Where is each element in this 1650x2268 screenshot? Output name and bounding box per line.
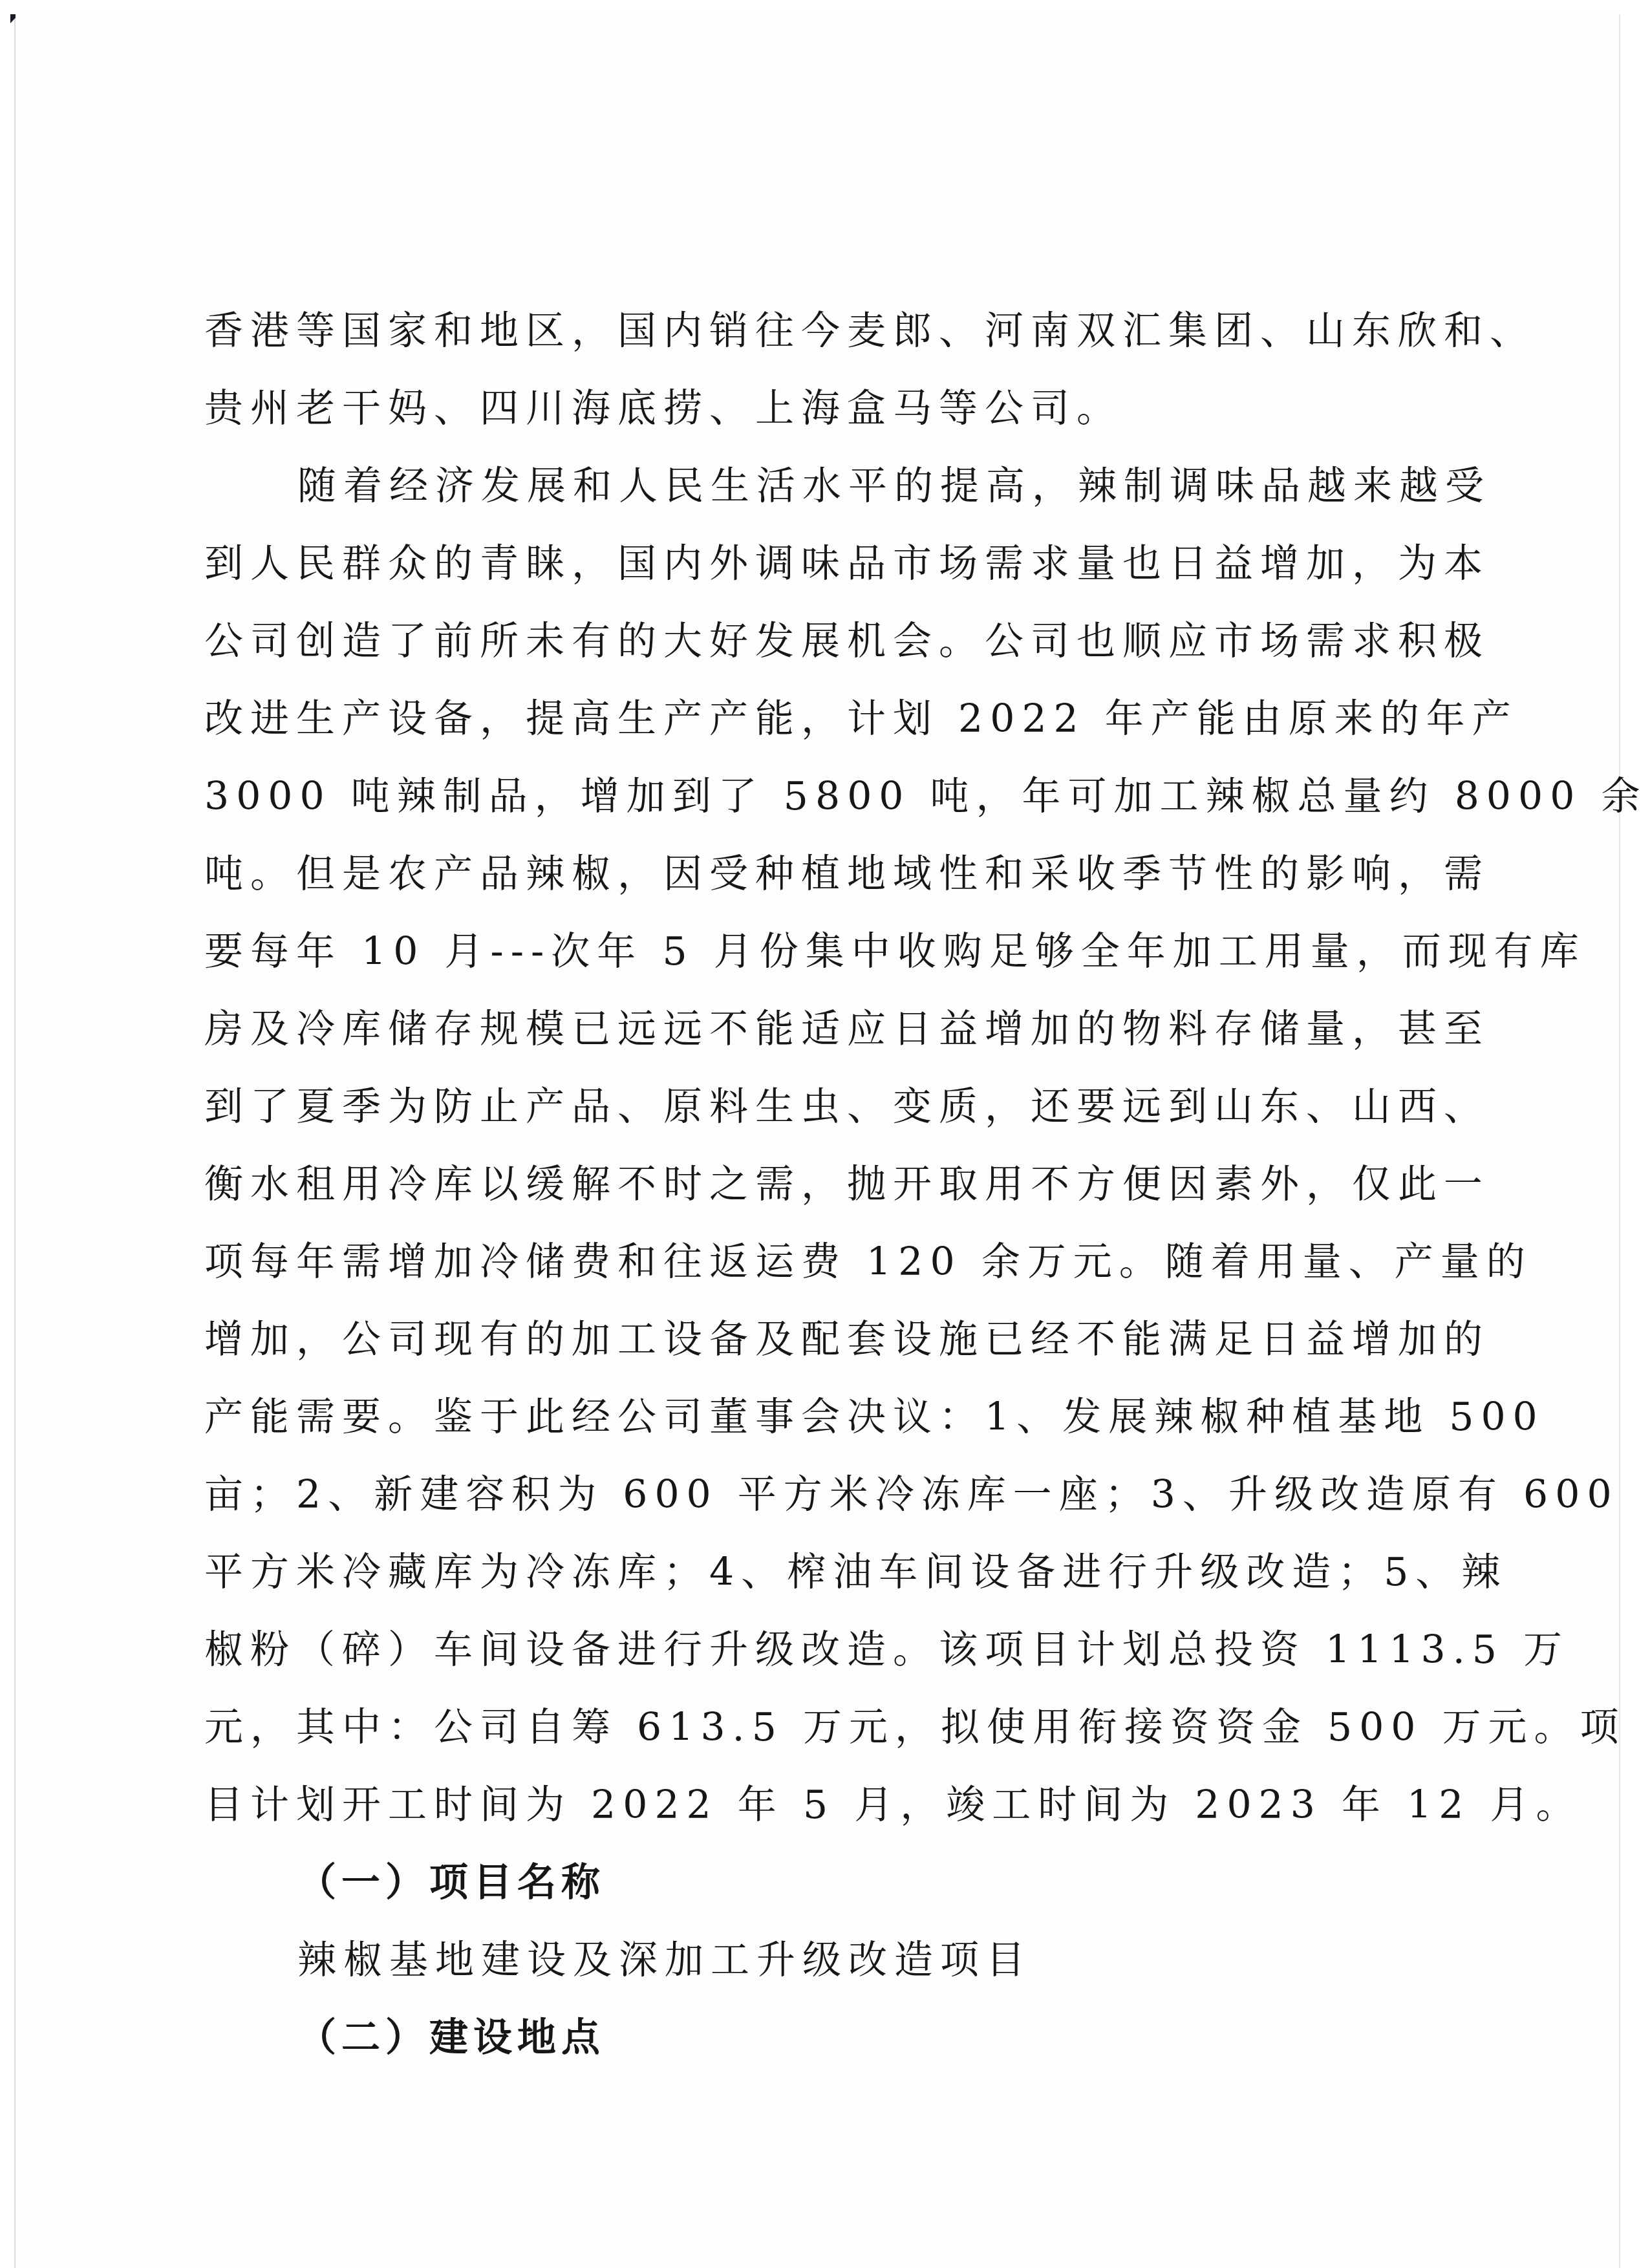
paragraph-export-destinations: 香港等国家和地区，国内销往今麦郎、河南双汇集团、山东欣和、 贵州老干妈、四川海底… (204, 292, 1426, 447)
text-line: 贵州老干妈、四川海底捞、上海盒马等公司。 (204, 370, 1426, 447)
text-line: 到人民群众的青睐，国内外调味品市场需求量也日益增加，为本 (204, 525, 1426, 603)
text-line: 公司创造了前所未有的大好发展机会。公司也顺应市场需求积极 (204, 603, 1426, 680)
paragraph-project-background: 随着经济发展和人民生活水平的提高，辣制调味品越来越受 到人民群众的青睐，国内外调… (204, 447, 1426, 1844)
text-line: 产能需要。鉴于此经公司董事会决议：1、发展辣椒种植基地 500 (204, 1378, 1426, 1456)
document-body: 香港等国家和地区，国内销往今麦郎、河南双汇集团、山东欣和、 贵州老干妈、四川海底… (204, 292, 1426, 2077)
text-line: 平方米冷藏库为冷冻库；4、榨油车间设备进行升级改造；5、辣 (204, 1534, 1426, 1611)
text-line: 项每年需增加冷储费和往返运费 120 余万元。随着用量、产量的 (204, 1223, 1426, 1301)
section-heading-location: （二）建设地点 (204, 1999, 1426, 2077)
text-line: 衡水租用冷库以缓解不时之需，抛开取用不方便因素外，仅此一 (204, 1146, 1426, 1223)
text-line: 椒粉（碎）车间设备进行升级改造。该项目计划总投资 1113.5 万 (204, 1611, 1426, 1689)
text-line: 到了夏季为防止产品、原料生虫、变质，还要远到山东、山西、 (204, 1068, 1426, 1146)
section-heading-project-name: （一）项目名称 (204, 1844, 1426, 1921)
text-line: 随着经济发展和人民生活水平的提高，辣制调味品越来越受 (204, 447, 1426, 525)
text-line: 要每年 10 月---次年 5 月份集中收购足够全年加工用量，而现有库 (204, 913, 1426, 990)
text-line: 元，其中：公司自筹 613.5 万元，拟使用衔接资资金 500 万元。项 (204, 1689, 1426, 1766)
text-line: 吨。但是农产品辣椒，因受种植地域性和采收季节性的影响，需 (204, 835, 1426, 913)
text-line: 目计划开工时间为 2022 年 5 月，竣工时间为 2023 年 12 月。 (204, 1766, 1426, 1844)
text-line: 亩；2、新建容积为 600 平方米冷冻库一座；3、升级改造原有 600 (204, 1456, 1426, 1534)
text-line: 增加，公司现有的加工设备及配套设施已经不能满足日益增加的 (204, 1301, 1426, 1378)
text-line: 香港等国家和地区，国内销往今麦郎、河南双汇集团、山东欣和、 (204, 292, 1426, 370)
text-line: 房及冷库储存规模已远远不能适应日益增加的物料存储量，甚至 (204, 990, 1426, 1068)
text-line: 3000 吨辣制品，增加到了 5800 吨，年可加工辣椒总量约 8000 余 (204, 758, 1426, 835)
text-line: 改进生产设备，提高生产产能，计划 2022 年产能由原来的年产 (204, 680, 1426, 758)
project-name-text: 辣椒基地建设及深加工升级改造项目 (204, 1921, 1426, 1999)
